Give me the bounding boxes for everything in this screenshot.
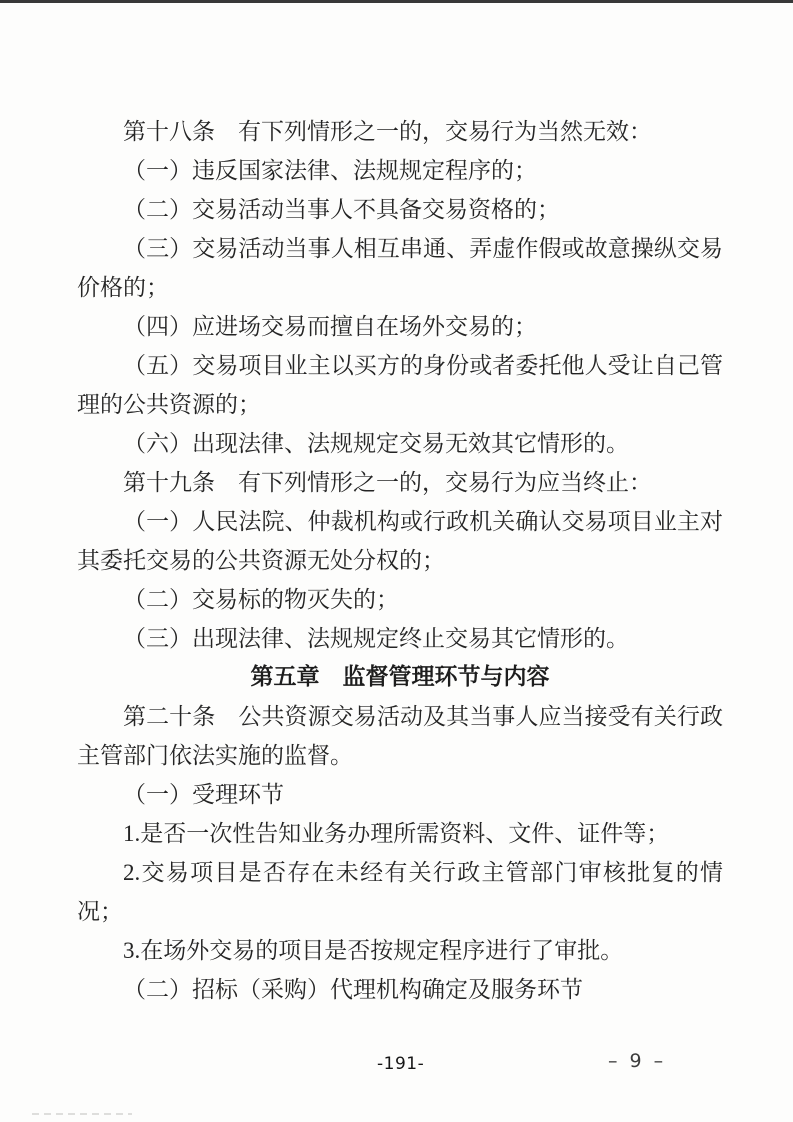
clause-paragraph: （二）交易活动当事人不具备交易资格的；: [77, 190, 723, 229]
scan-edge-artifact: [0, 0, 793, 3]
document-body: 第十八条 有下列情形之一的，交易行为当然无效： （一）违反国家法律、法规规定程序…: [77, 112, 723, 1009]
clause-paragraph: （五）交易项目业主以买方的身份或者委托他人受让自己管理的公共资源的；: [77, 346, 723, 424]
clause-paragraph: 1.是否一次性告知业务办理所需资料、文件、证件等；: [77, 814, 723, 853]
chapter-heading: 第五章 监督管理环节与内容: [77, 658, 723, 697]
clause-paragraph: （三）出现法律、法规规定终止交易其它情形的。: [77, 619, 723, 658]
page-number-stamp: -191-: [377, 1054, 424, 1074]
clause-paragraph: 2.交易项目是否存在未经有关行政主管部门审核批复的情况；: [77, 853, 723, 931]
clause-paragraph: 3.在场外交易的项目是否按规定程序进行了审批。: [77, 931, 723, 970]
clause-paragraph: （六）出现法律、法规规定交易无效其它情形的。: [77, 424, 723, 463]
clause-paragraph: 第十八条 有下列情形之一的，交易行为当然无效：: [77, 112, 723, 151]
clause-paragraph: （四）应进场交易而擅自在场外交易的；: [77, 307, 723, 346]
page-number: – 9 –: [608, 1050, 666, 1072]
clause-paragraph: （二）交易标的物灭失的；: [77, 580, 723, 619]
clause-paragraph: （三）交易活动当事人相互串通、弄虚作假或故意操纵交易价格的；: [77, 229, 723, 307]
scanned-document-page: 第十八条 有下列情形之一的，交易行为当然无效： （一）违反国家法律、法规规定程序…: [0, 0, 793, 1122]
clause-paragraph: 第十九条 有下列情形之一的，交易行为应当终止：: [77, 463, 723, 502]
clause-paragraph: （二）招标（采购）代理机构确定及服务环节: [77, 970, 723, 1009]
clause-paragraph: （一）违反国家法律、法规规定程序的；: [77, 151, 723, 190]
clause-paragraph: （一）人民法院、仲裁机构或行政机关确认交易项目业主对其委托交易的公共资源无处分权…: [77, 502, 723, 580]
clause-paragraph: 第二十条 公共资源交易活动及其当事人应当接受有关行政主管部门依法实施的监督。: [77, 697, 723, 775]
scan-smudge-artifact: [32, 1113, 132, 1115]
clause-paragraph: （一）受理环节: [77, 775, 723, 814]
